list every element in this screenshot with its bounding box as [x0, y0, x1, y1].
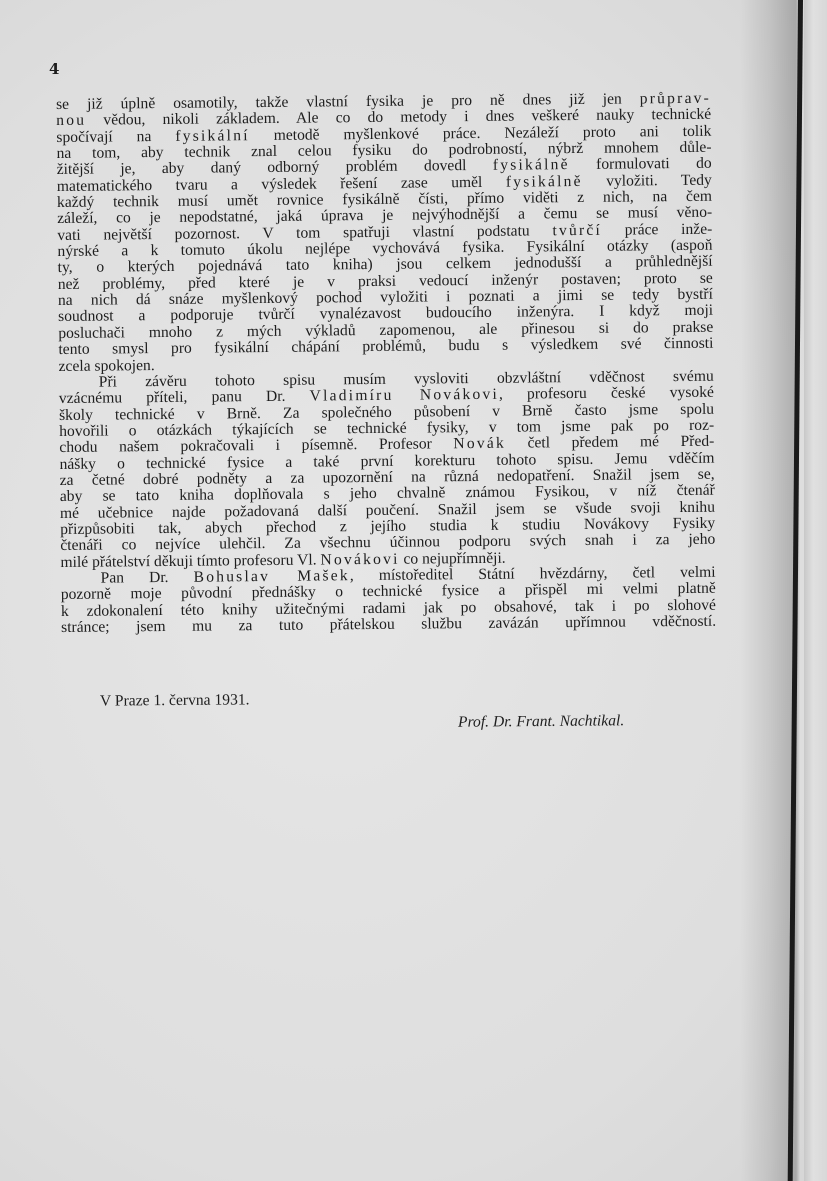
spaced-emphasis: nou — [56, 112, 86, 129]
spaced-emphasis: fysikálně — [506, 173, 583, 191]
text-run: co nejupřímněji. — [399, 549, 505, 567]
text-run: Pan Dr. — [101, 569, 194, 587]
spaced-emphasis: průprav- — [640, 90, 711, 108]
text-run: spočívají na — [56, 128, 175, 146]
date-line: V Praze 1. června 1931. — [100, 691, 250, 710]
facing-page-edge — [804, 0, 827, 1181]
spaced-emphasis: fysikálně — [493, 156, 570, 174]
spaced-emphasis: Novák — [453, 435, 506, 453]
text-run: vyložiti. Tedy — [583, 171, 712, 189]
spaced-emphasis: Novákovi — [320, 550, 399, 568]
text-run: zcela spokojen. — [59, 357, 155, 375]
author-signature: Prof. Dr. Frant. Nachtikal. — [458, 712, 624, 731]
text-run: práce inže- — [602, 220, 713, 238]
spaced-emphasis: fysikální — [175, 127, 250, 145]
body-text: se již úplně osamotily, takže vlastní fy… — [56, 91, 716, 637]
spaced-emphasis: tvůrčí — [552, 222, 602, 239]
page-number: 4 — [49, 60, 59, 78]
